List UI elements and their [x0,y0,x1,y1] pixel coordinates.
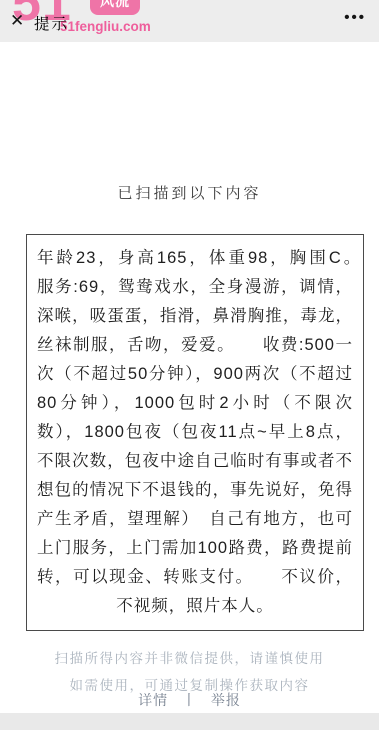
disclaimer-line-1: 扫描所得内容并非微信提供，请谨慎使用 [0,645,379,672]
footer-links: 详情 丨 举报 [0,690,379,710]
watermark-fengliu-badge: 风流 [90,0,140,15]
scanned-content-box: 年龄23，身高165，体重98，胸围C。 服务:69，鸳鸯戏水，全身漫游，调情，… [26,234,364,631]
header-bar: 51 风流 51fengliu.com ✕ 提示 ••• [0,0,379,42]
link-separator: 丨 [182,692,197,708]
scan-result-heading: 已扫描到以下内容 [0,182,379,203]
close-icon[interactable]: ✕ [10,11,24,31]
watermark-domain-text: 51fengliu.com [60,19,151,34]
report-link[interactable]: 举报 [211,692,241,708]
scan-result-screen: 51 风流 51fengliu.com ✕ 提示 ••• 已扫描到以下内容 年龄… [0,0,379,730]
page-title: 提示 [34,12,69,34]
bottom-bar [0,713,379,730]
more-menu-icon[interactable]: ••• [344,9,366,26]
details-link[interactable]: 详情 [138,692,168,708]
